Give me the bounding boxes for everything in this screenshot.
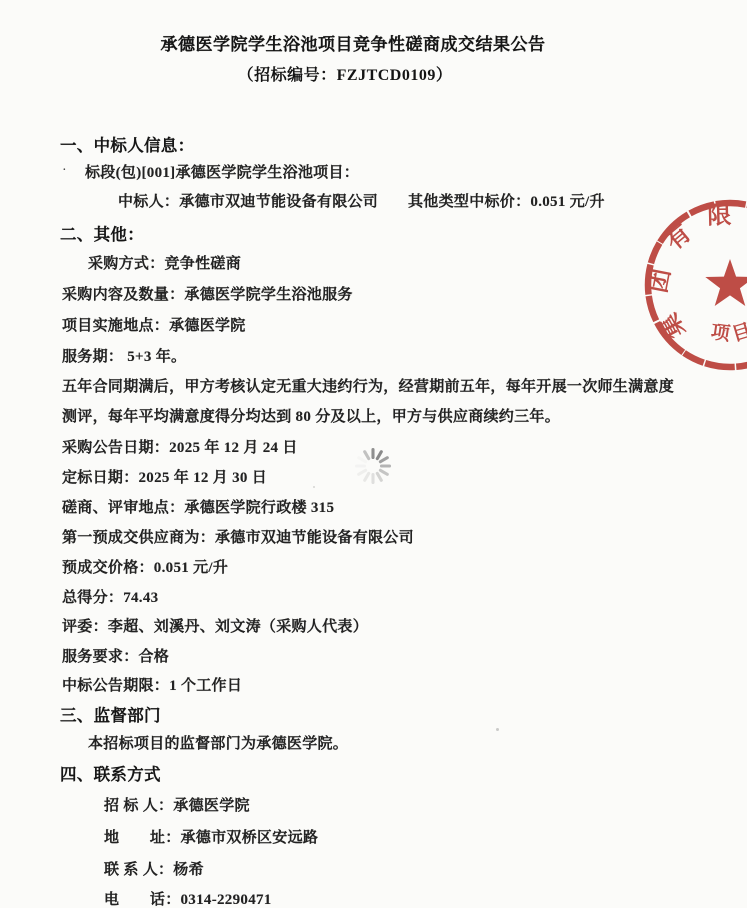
section1-heading: 一、中标人信息： — [60, 132, 194, 156]
supervision-body: 本招标项目的监督部门为承德医学院。 — [88, 732, 348, 753]
seal-star-icon — [705, 259, 747, 306]
award-notice-period: 中标公告期限：1 个工作日 — [62, 674, 242, 695]
loading-spinner-icon — [353, 446, 393, 486]
seal-graphic: 集团有限公司 项目部 — [640, 190, 747, 390]
address-line: 地 址：承德市双桥区安远路 — [104, 826, 318, 847]
lot-bullet: · — [62, 163, 67, 179]
service-requirement: 服务要求：合格 — [62, 645, 169, 666]
page-title: 承德医学院学生浴池项目竞争性磋商成交结果公告 — [0, 30, 706, 55]
contact-person-line: 联 系 人：杨希 — [104, 858, 204, 879]
section2-heading: 二、其他： — [60, 221, 144, 245]
other-type-price: 其他类型中标价：0.051 元/升 — [408, 190, 605, 211]
tender-number: （招标编号：FZJTCD0109） — [0, 62, 690, 85]
first-supplier: 第一预成交供应商为：承德市双迪节能设备有限公司 — [62, 526, 414, 547]
renewal-clause-line2: 测评，每年平均满意度得分均达到 80 分及以上，甲方与供应商续约三年。 — [62, 405, 560, 426]
review-place: 磋商、评审地点：承德医学院行政楼 315 — [62, 496, 334, 517]
pre-deal-price: 预成交价格：0.051 元/升 — [62, 556, 228, 577]
renewal-clause-line1: 五年合同期满后，甲方考核认定无重大违约行为，经营期前五年，每年开展一次师生满意度 — [62, 375, 674, 396]
judges-line: 评委：李超、刘溪丹、刘文涛（采购人代表） — [62, 615, 368, 636]
section3-heading: 三、监督部门 — [60, 702, 161, 726]
service-period: 服务期： 5+3 年。 — [62, 345, 186, 366]
scan-speck — [496, 728, 499, 731]
seal-inner-text: 项目部 — [703, 302, 747, 352]
tenderee-line: 招 标 人：承德医学院 — [104, 794, 250, 815]
winner-line: 中标人：承德市双迪节能设备有限公司 — [118, 190, 378, 211]
phone-line: 电 话：0314-2290471 — [104, 888, 272, 908]
document-body: 承德医学院学生浴池项目竞争性磋商成交结果公告 （招标编号：FZJTCD0109）… — [0, 0, 747, 908]
procurement-method: 采购方式：竞争性磋商 — [88, 252, 241, 273]
company-seal-stamp: 集团有限公司 项目部 — [640, 190, 747, 390]
svg-text:项目部: 项目部 — [703, 302, 747, 352]
section4-heading: 四、联系方式 — [60, 761, 161, 785]
procurement-content: 采购内容及数量：承德医学院学生浴池服务 — [62, 283, 353, 304]
scanned-document-page: { "colors": { "seal_red": "#b5342c", "pa… — [0, 0, 747, 908]
lot-line: 标段(包)[001]承德医学院学生浴池项目： — [85, 161, 359, 182]
project-location: 项目实施地点：承德医学院 — [62, 314, 246, 335]
announcement-date: 采购公告日期：2025 年 12 月 24 日 — [62, 436, 298, 457]
award-date: 定标日期：2025 年 12 月 30 日 — [62, 466, 267, 487]
scan-speck — [313, 486, 315, 488]
total-score: 总得分：74.43 — [62, 586, 158, 607]
